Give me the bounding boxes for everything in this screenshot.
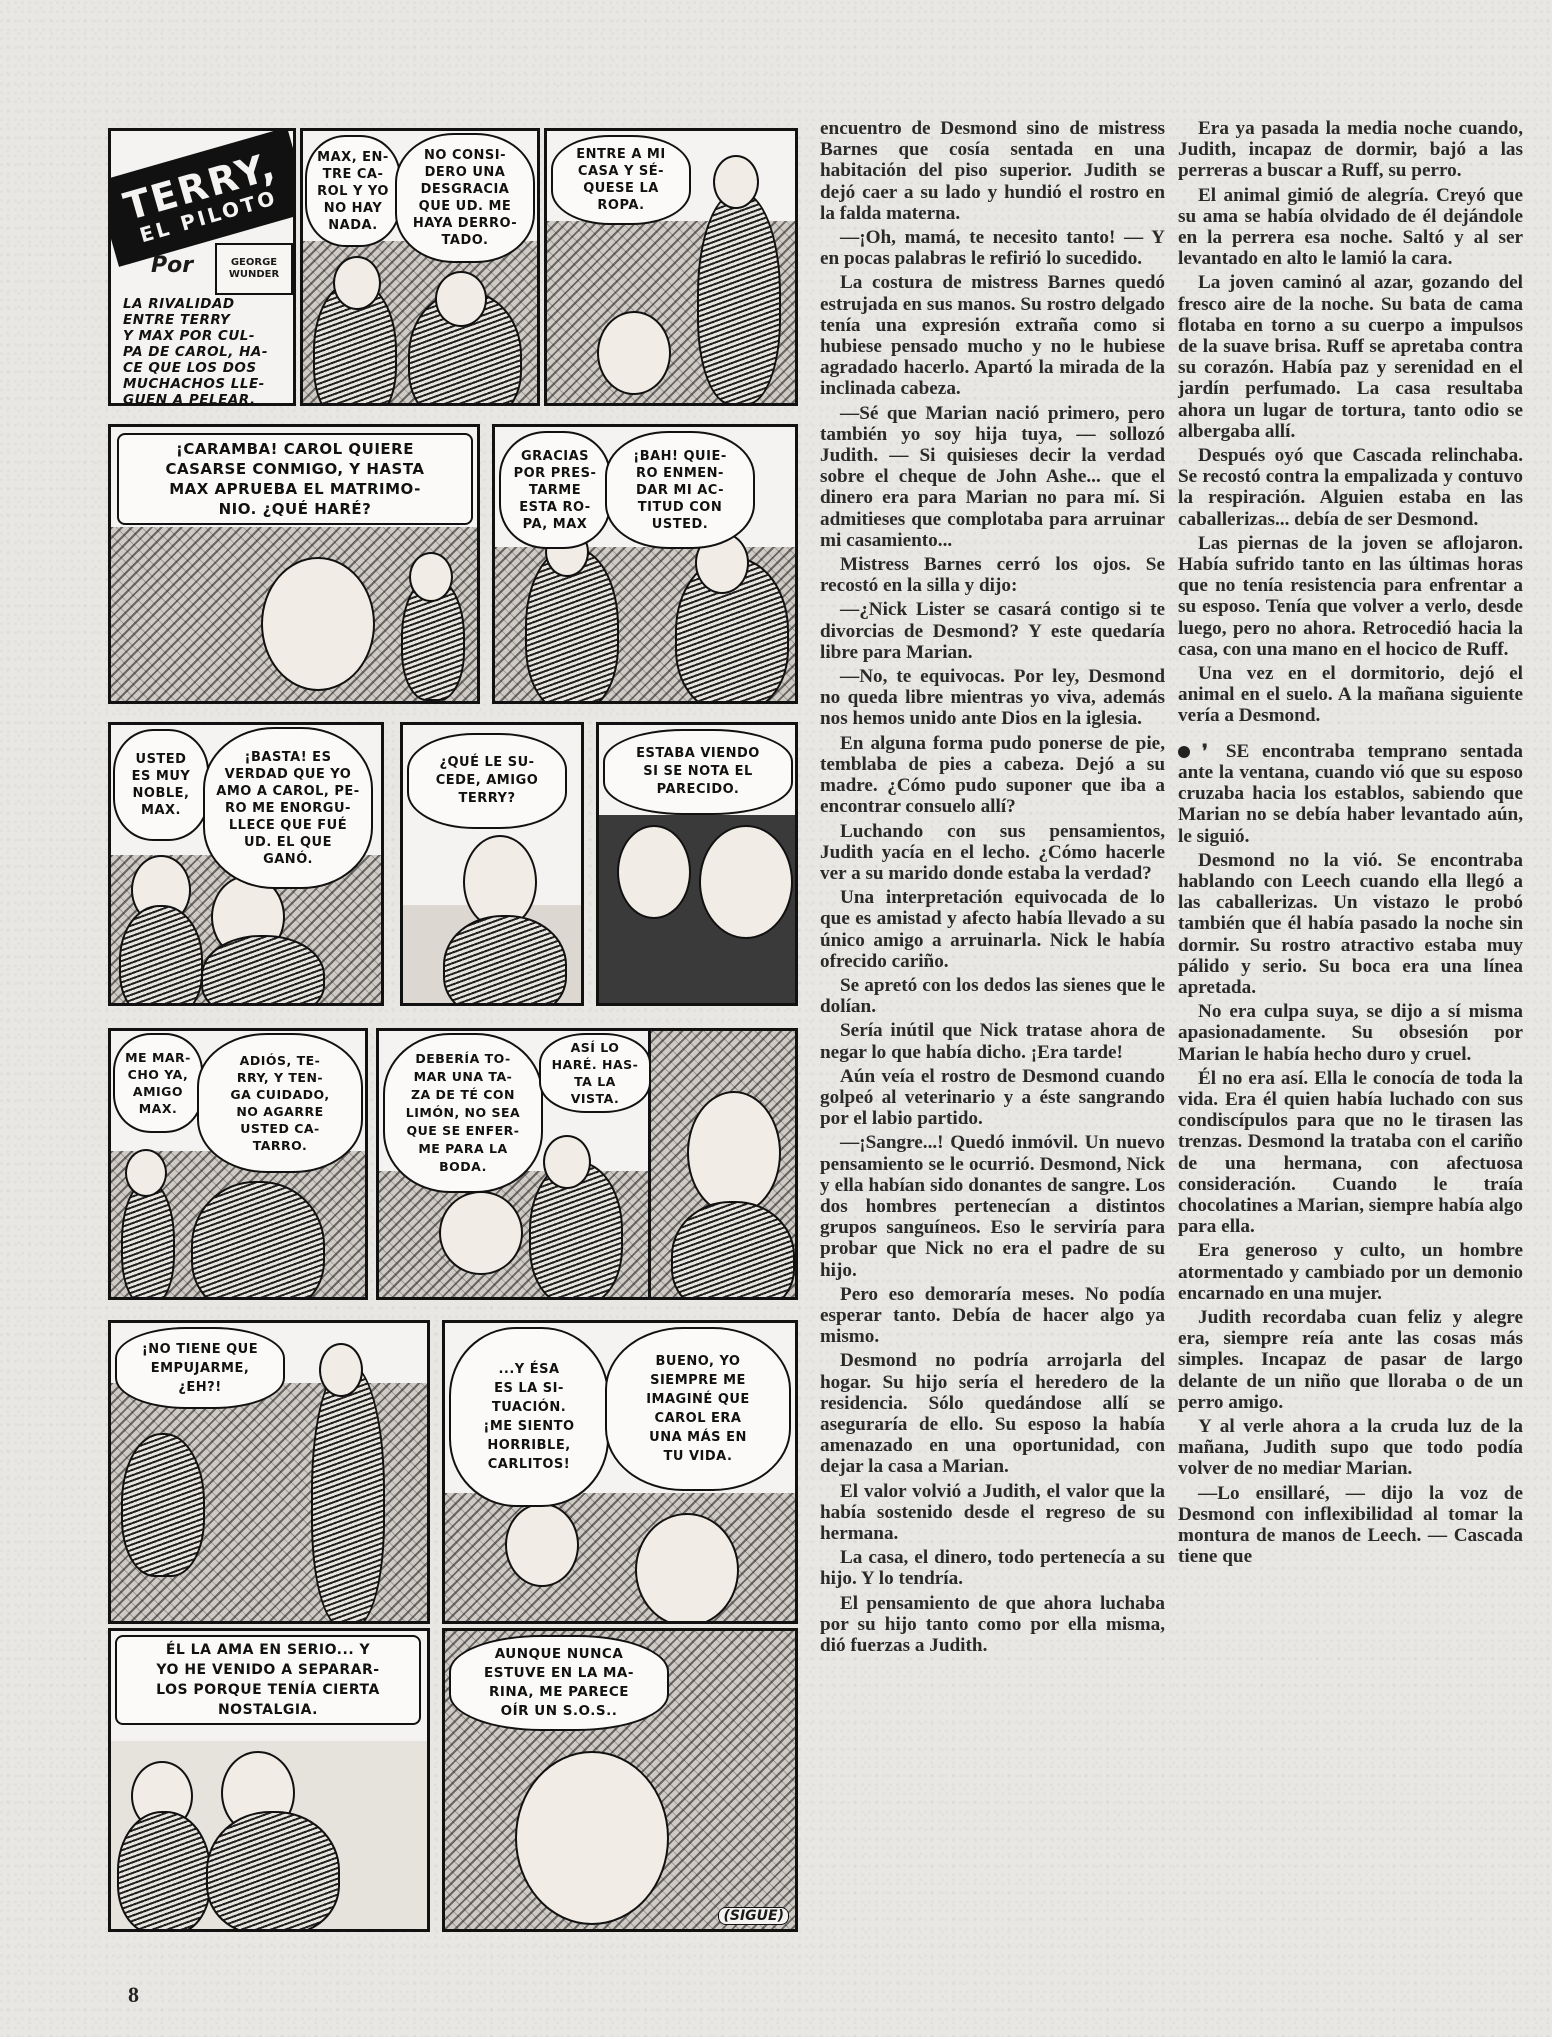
paragraph: Aún veía el rostro de Desmond cuando gol… xyxy=(820,1066,1165,1130)
paragraph: Mistress Barnes cerró los ojos. Se recos… xyxy=(820,554,1165,596)
comic-tier-4: ME MAR- CHO YA, AMIGO MAX. ADIÓS, TE- RR… xyxy=(108,1028,798,1300)
paragraph: Desmond no podría arrojarla del hogar. S… xyxy=(820,1350,1165,1477)
comic-panel-1-3: ENTRE A MI CASA Y SÉ- QUESE LA ROPA. xyxy=(544,128,798,406)
speech-bubble: MAX, EN- TRE CA- ROL Y YO NO HAY NADA. xyxy=(305,135,401,247)
character-head xyxy=(333,256,381,310)
speech-bubble: USTED ES MUY NOBLE, MAX. xyxy=(113,729,209,841)
paragraph: Y al verle ahora a la cruda luz de la ma… xyxy=(1178,1416,1523,1480)
speech-bubble: AUNQUE NUNCA ESTUVE EN LA MA- RINA, ME P… xyxy=(449,1635,669,1731)
paragraph: En alguna forma pudo ponerse de pie, tem… xyxy=(820,733,1165,818)
speech-bubble: ESTABA VIENDO SI SE NOTA EL PARECIDO. xyxy=(603,729,793,815)
character-head xyxy=(125,1149,167,1197)
story-column-2: Era ya pasada la media noche cuando, Jud… xyxy=(1178,118,1523,1570)
section-bullet-icon xyxy=(1178,746,1190,758)
title-panel: TERRY, EL PILOTO Por GEORGE WUNDER LA RI… xyxy=(108,128,296,406)
speech-bubble: ¿QUÉ LE SU- CEDE, AMIGO TERRY? xyxy=(407,733,567,829)
paragraph: Se apretó con los dedos las sienes que l… xyxy=(820,975,1165,1017)
story-column-1: encuentro de Desmond sino de mistress Ba… xyxy=(820,118,1165,1659)
section-mark-icon: ❜ xyxy=(1202,741,1208,762)
speech-bubble: ENTRE A MI CASA Y SÉ- QUESE LA ROPA. xyxy=(551,135,691,225)
paragraph: —¡Oh, mamá, te necesito tanto! — Y en po… xyxy=(820,227,1165,269)
figure-terry xyxy=(206,1811,340,1932)
speech-bubble: ...Y ÉSA ES LA SI- TUACIÓN. ¡ME SIENTO H… xyxy=(449,1327,609,1507)
comic-strip: TERRY, EL PILOTO Por GEORGE WUNDER LA RI… xyxy=(108,128,798,1968)
comic-tier-6: ÉL LA AMA EN SERIO... Y YO HE VENIDO A S… xyxy=(108,1628,798,1932)
continued-label: (SIGUE) xyxy=(718,1907,789,1925)
character-head xyxy=(699,825,793,939)
character-head xyxy=(617,825,691,919)
character-head xyxy=(505,1503,579,1587)
paragraph: El pensamiento de que ahora luchaba por … xyxy=(820,1593,1165,1657)
paragraph: La joven caminó al azar, gozando del fre… xyxy=(1178,272,1523,442)
paragraph: La costura de mistress Barnes quedó estr… xyxy=(820,272,1165,399)
comic-panel-4-1: ME MAR- CHO YA, AMIGO MAX. ADIÓS, TE- RR… xyxy=(108,1028,368,1300)
speech-bubble: ADIÓS, TE- RRY, Y TEN- GA CUIDADO, NO AG… xyxy=(197,1033,363,1173)
comic-panel-1-2: MAX, EN- TRE CA- ROL Y YO NO HAY NADA. N… xyxy=(300,128,540,406)
comic-panel-3-1: USTED ES MUY NOBLE, MAX. ¡BASTA! ES VERD… xyxy=(108,722,384,1006)
figure-max xyxy=(117,1811,211,1932)
comic-tier-1: TERRY, EL PILOTO Por GEORGE WUNDER LA RI… xyxy=(108,128,798,406)
paragraph: No era culpa suya, se dijo a sí misma ap… xyxy=(1178,1001,1523,1065)
comic-panel-4-3 xyxy=(648,1028,798,1300)
figure-max xyxy=(121,1181,175,1300)
paragraph: —¡Sangre...! Quedó inmóvil. Un nuevo pen… xyxy=(820,1132,1165,1280)
paragraph: Era generoso y culto, un hombre atorment… xyxy=(1178,1240,1523,1304)
speech-bubble: NO CONSI- DERO UNA DESGRACIA QUE UD. ME … xyxy=(395,133,535,263)
paragraph: Sería inútil que Nick tratase ahora de n… xyxy=(820,1020,1165,1062)
magazine-page: TERRY, EL PILOTO Por GEORGE WUNDER LA RI… xyxy=(0,0,1552,2037)
figure-max xyxy=(697,191,781,405)
speech-bubble: ¡BASTA! ES VERDAD QUE YO AMO A CAROL, PE… xyxy=(203,727,373,889)
speech-bubble: ÉL LA AMA EN SERIO... Y YO HE VENIDO A S… xyxy=(115,1635,421,1725)
character-head xyxy=(409,552,453,602)
figure-max xyxy=(311,1363,385,1624)
comic-panel-5-2: ...Y ÉSA ES LA SI- TUACIÓN. ¡ME SIENTO H… xyxy=(442,1320,798,1624)
paragraph: —Lo ensillaré, — dijo la voz de Desmond … xyxy=(1178,1483,1523,1568)
comic-tier-5: ¡NO TIENE QUE EMPUJARME, ¿EH?! ...Y ÉSA … xyxy=(108,1320,798,1624)
section-break-text: SE encontraba temprano sentada ante la v… xyxy=(1178,741,1523,847)
speech-bubble: ¡NO TIENE QUE EMPUJARME, ¿EH?! xyxy=(115,1327,285,1409)
paragraph: Judith recordaba cuan feliz y alegre era… xyxy=(1178,1307,1523,1413)
paragraph: Luchando con sus pensamientos, Judith ya… xyxy=(820,821,1165,885)
paragraph: Pero eso demoraría meses. No podía esper… xyxy=(820,1284,1165,1348)
figure-terry xyxy=(443,915,567,1006)
speech-bubble: GRACIAS POR PRES- TARME ESTA RO- PA, MAX xyxy=(499,431,611,549)
intro-caption: LA RIVALIDAD ENTRE TERRY Y MAX POR CUL- … xyxy=(123,296,293,406)
comic-panel-6-1: ÉL LA AMA EN SERIO... Y YO HE VENIDO A S… xyxy=(108,1628,430,1932)
comic-panel-4-2: DEBERÍA TO- MAR UNA TA- ZA DE TÉ CON LIM… xyxy=(376,1028,652,1300)
character-head xyxy=(543,1135,591,1189)
character-head xyxy=(597,311,671,395)
speech-bubble: ¡CARAMBA! CAROL QUIERE CASARSE CONMIGO, … xyxy=(117,433,473,525)
paragraph: Desmond no la vió. Se encontraba habland… xyxy=(1178,850,1523,998)
comic-tier-2: ¡CARAMBA! CAROL QUIERE CASARSE CONMIGO, … xyxy=(108,424,798,704)
terry-face xyxy=(515,1751,669,1925)
figure-terry xyxy=(121,1433,205,1577)
character-head xyxy=(319,1343,363,1397)
paragraph: El valor volvió a Judith, el valor que l… xyxy=(820,1481,1165,1545)
panel-artwork xyxy=(445,1493,795,1621)
paragraph: La casa, el dinero, todo pertenecía a su… xyxy=(820,1547,1165,1589)
speech-bubble: ME MAR- CHO YA, AMIGO MAX. xyxy=(113,1033,203,1133)
section-break-paragraph: ❜SE encontraba temprano sentada ante la … xyxy=(1178,741,1523,847)
page-number: 8 xyxy=(128,1982,139,2008)
comic-panel-2-1: ¡CARAMBA! CAROL QUIERE CASARSE CONMIGO, … xyxy=(108,424,480,704)
paragraph: encuentro de Desmond sino de mistress Ba… xyxy=(820,118,1165,224)
max-face xyxy=(687,1091,781,1215)
paragraph: Era ya pasada la media noche cuando, Jud… xyxy=(1178,118,1523,182)
character-head xyxy=(439,1191,523,1275)
comic-panel-2-2: GRACIAS POR PRES- TARME ESTA RO- PA, MAX… xyxy=(492,424,798,704)
figure-terry xyxy=(201,935,325,1006)
paragraph: Las piernas de la joven se aflojaron. Ha… xyxy=(1178,533,1523,660)
paragraph: Él no era así. Ella le conocía de toda l… xyxy=(1178,1068,1523,1238)
paragraph: El animal gimió de alegría. Creyó que su… xyxy=(1178,185,1523,270)
character-head xyxy=(713,155,759,209)
comic-panel-6-2: AUNQUE NUNCA ESTUVE EN LA MA- RINA, ME P… xyxy=(442,1628,798,1932)
comic-tier-3: USTED ES MUY NOBLE, MAX. ¡BASTA! ES VERD… xyxy=(108,722,798,1006)
figure-terry xyxy=(191,1181,325,1300)
speech-bubble: ¡BAH! QUIE- RO ENMEN- DAR MI AC- TITUD C… xyxy=(605,431,755,549)
character-head xyxy=(435,271,487,327)
paragraph: —Sé que Marian nació primero, pero tambi… xyxy=(820,403,1165,551)
byline: Por xyxy=(151,253,193,278)
figure-max xyxy=(119,905,203,1006)
paragraph: Una vez en el dormitorio, dejó el animal… xyxy=(1178,663,1523,727)
artist-signature: GEORGE WUNDER xyxy=(215,243,293,295)
paragraph: —¿Nick Lister se casará contigo si te di… xyxy=(820,599,1165,663)
terry-face xyxy=(261,557,375,691)
figure-max xyxy=(671,1201,795,1300)
character-head xyxy=(635,1513,739,1624)
paragraph: Una interpretación equivocada de lo que … xyxy=(820,887,1165,972)
comic-panel-5-1: ¡NO TIENE QUE EMPUJARME, ¿EH?! xyxy=(108,1320,430,1624)
comic-panel-3-2: ¿QUÉ LE SU- CEDE, AMIGO TERRY? xyxy=(400,722,584,1006)
speech-bubble: BUENO, YO SIEMPRE ME IMAGINÉ QUE CAROL E… xyxy=(605,1327,791,1491)
paragraph: Después oyó que Cascada relinchaba. Se r… xyxy=(1178,445,1523,530)
comic-panel-3-3: ESTABA VIENDO SI SE NOTA EL PARECIDO. xyxy=(596,722,798,1006)
speech-bubble: ASÍ LO HARÉ. HAS- TA LA VISTA. xyxy=(539,1033,651,1113)
speech-bubble: DEBERÍA TO- MAR UNA TA- ZA DE TÉ CON LIM… xyxy=(383,1033,543,1193)
paragraph: —No, te equivocas. Por ley, Desmond no q… xyxy=(820,666,1165,730)
